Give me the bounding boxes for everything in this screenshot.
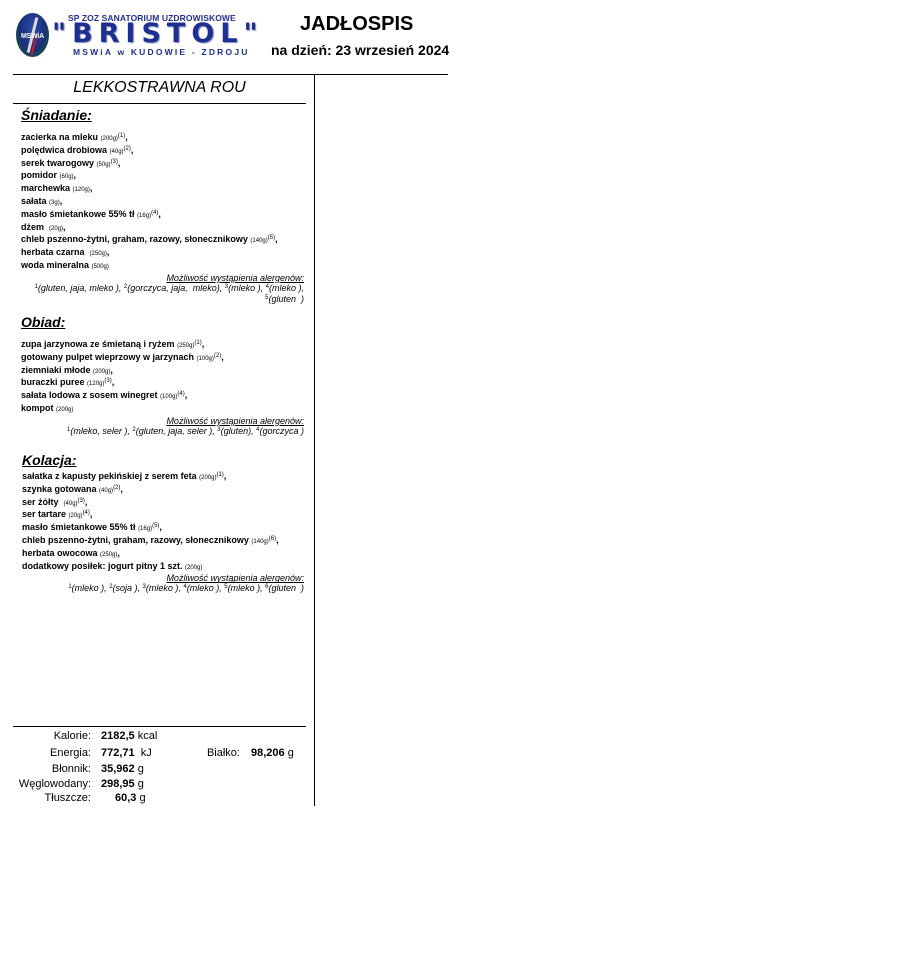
menu-item: sałatka z kapusty pekińskiej z serem fet… bbox=[22, 471, 304, 484]
menu-item-portion: (16g) bbox=[138, 526, 152, 532]
menu-item-portion: (200g) bbox=[93, 369, 110, 375]
allergen-text: (gluten), bbox=[221, 426, 257, 436]
menu-item-portion: (20g) bbox=[49, 226, 63, 232]
meal-section-lunch: Obiad: zupa jarzynowa ze śmietaną i ryże… bbox=[21, 314, 304, 437]
nutrition-divider bbox=[13, 726, 306, 727]
meal-heading: Śniadanie: bbox=[21, 107, 304, 123]
menu-item: gotowany pulpet wieprzowy w jarzynach (1… bbox=[21, 352, 304, 365]
allergen-ref: (3) bbox=[104, 378, 111, 384]
menu-item: marchewka (120g), bbox=[21, 183, 304, 196]
menu-item-portion: (200g) bbox=[199, 475, 216, 481]
menu-item-name: gotowany pulpet wieprzowy w jarzynach bbox=[21, 352, 194, 362]
fat-label: Tłuszcze: bbox=[11, 792, 91, 804]
protein-value: 98,206 g bbox=[251, 747, 294, 759]
allergen-ref: (5) bbox=[268, 235, 275, 241]
allergen-ref: (6) bbox=[269, 536, 276, 542]
diet-title-divider bbox=[13, 103, 306, 104]
allergen-caption: Możliwość wystąpienia alergenów: bbox=[21, 273, 304, 283]
meal-items: zacierka na mleku (200g)(1),polędwica dr… bbox=[21, 132, 304, 273]
meal-heading: Kolacja: bbox=[22, 452, 304, 468]
menu-item-name: sałata bbox=[21, 196, 47, 206]
menu-item-name: ser tartare bbox=[22, 509, 66, 519]
calories-value: 2182,5 kcal bbox=[101, 730, 157, 742]
carbs-label: Węglowodany: bbox=[11, 778, 91, 790]
menu-item: herbata owocowa (250g), bbox=[22, 548, 304, 561]
allergen-text: (mleko ), bbox=[72, 583, 110, 593]
allergen-text: (gorczyca, jaja, mleko), bbox=[127, 283, 225, 293]
menu-item: ziemniaki młode (200g), bbox=[21, 365, 304, 378]
meal-section-dinner: Kolacja: sałatka z kapusty pekińskiej z … bbox=[22, 452, 304, 594]
menu-item: polędwica drobiowa (40g)(2), bbox=[21, 145, 304, 158]
column-divider bbox=[314, 75, 315, 806]
menu-item-name: szynka gotowana bbox=[22, 484, 97, 494]
menu-item: kompot (200g) bbox=[21, 403, 304, 416]
menu-item-name: dodatkowy posiłek: jogurt pitny 1 szt. bbox=[22, 561, 183, 571]
menu-item-name: ser żółty bbox=[22, 497, 61, 507]
menu-item-portion: (40g) bbox=[110, 149, 124, 155]
org-brand: "BRISTOL" bbox=[52, 18, 277, 49]
allergen-text: (mleko ), bbox=[269, 283, 307, 293]
fiber-value: 35,962 g bbox=[101, 763, 144, 775]
menu-item-portion: (100g) bbox=[197, 356, 214, 362]
fiber-label: Błonnik: bbox=[11, 763, 91, 775]
menu-item-portion: (100g) bbox=[160, 394, 177, 400]
menu-item-portion: (60g) bbox=[60, 174, 74, 180]
protein-label: Białko: bbox=[160, 747, 240, 759]
allergen-text: (gluten, jaja, seler ), bbox=[136, 426, 218, 436]
menu-item-portion: (200g) bbox=[185, 565, 202, 571]
menu-item-portion: (40g) bbox=[99, 488, 113, 494]
menu-item-portion: (50g) bbox=[97, 162, 111, 168]
allergen-text: (gluten ) bbox=[268, 583, 304, 593]
allergen-text: (mleko ), bbox=[228, 583, 266, 593]
menu-item-name: chleb pszenno-żytni, graham, razowy, sło… bbox=[22, 535, 249, 545]
meal-heading: Obiad: bbox=[21, 314, 304, 330]
energy-label: Energia: bbox=[11, 747, 91, 759]
header-divider bbox=[13, 74, 448, 75]
menu-item: masło śmietankowe 55% tł (16g)(4), bbox=[21, 209, 304, 222]
allergen-caption: Możliwość wystąpienia alergenów: bbox=[22, 573, 304, 583]
menu-item-name: kompot bbox=[21, 403, 54, 413]
allergen-text: (gorczyca ) bbox=[259, 426, 304, 436]
meal-items: sałatka z kapusty pekińskiej z serem fet… bbox=[22, 471, 304, 573]
menu-item-name: buraczki puree bbox=[21, 377, 85, 387]
menu-item-name: zupa jarzynowa ze śmietaną i ryżem bbox=[21, 339, 175, 349]
allergen-ref: (3) bbox=[78, 498, 85, 504]
menu-item-name: dżem bbox=[21, 222, 47, 232]
menu-item-portion: (40g) bbox=[64, 501, 78, 507]
allergen-text: (soja ), bbox=[113, 583, 143, 593]
carbs-value: 298,95 g bbox=[101, 778, 144, 790]
menu-item-portion: (250g) bbox=[90, 251, 107, 257]
allergen-ref: (1) bbox=[118, 133, 125, 139]
menu-item-portion: (140g) bbox=[250, 238, 267, 244]
allergen-text: (gluten ) bbox=[268, 294, 304, 304]
meal-section-breakfast: Śniadanie: zacierka na mleku (200g)(1),p… bbox=[21, 107, 304, 305]
menu-item: ser tartare (20g)(4), bbox=[22, 509, 304, 522]
allergen-text: (mleko ), bbox=[146, 583, 184, 593]
sanatorium-logo-icon: MSWiA bbox=[16, 13, 49, 57]
menu-item: sałata (3g), bbox=[21, 196, 304, 209]
menu-item-portion: (140g) bbox=[251, 539, 268, 545]
menu-item-portion: (250g) bbox=[100, 552, 117, 558]
menu-item-name: pomidor bbox=[21, 170, 57, 180]
menu-item-portion: (3g) bbox=[49, 200, 60, 206]
allergen-ref: (1) bbox=[216, 472, 223, 478]
menu-item-name: sałata lodowa z sosem winegret bbox=[21, 390, 158, 400]
allergen-list: 1(gluten, jaja, mleko ), 2(gorczyca, jaj… bbox=[21, 283, 304, 305]
menu-item: pomidor (60g), bbox=[21, 170, 304, 183]
menu-item-name: zacierka na mleku bbox=[21, 132, 98, 142]
menu-item: chleb pszenno-żytni, graham, razowy, sło… bbox=[22, 535, 304, 548]
allergen-ref: (2) bbox=[214, 353, 221, 359]
menu-item: herbata czarna (250g), bbox=[21, 247, 304, 260]
menu-item-name: woda mineralna bbox=[21, 260, 89, 270]
allergen-ref: (1) bbox=[194, 340, 201, 346]
allergen-ref: (2) bbox=[124, 146, 131, 152]
menu-item-portion: (200g) bbox=[101, 136, 118, 142]
allergen-text: (gluten, jaja, mleko ), bbox=[38, 283, 124, 293]
allergen-ref: (4) bbox=[151, 210, 158, 216]
menu-item-name: polędwica drobiowa bbox=[21, 145, 107, 155]
menu-item: sałata lodowa z sosem winegret (100g)(4)… bbox=[21, 390, 304, 403]
page-title: JADŁOSPIS bbox=[300, 13, 413, 36]
menu-item: chleb pszenno-żytni, graham, razowy, sło… bbox=[21, 234, 304, 247]
menu-item: zacierka na mleku (200g)(1), bbox=[21, 132, 304, 145]
menu-item: zupa jarzynowa ze śmietaną i ryżem (250g… bbox=[21, 339, 304, 352]
allergen-caption: Możliwość wystąpienia alergenów: bbox=[21, 416, 304, 426]
menu-item-name: ziemniaki młode bbox=[21, 365, 91, 375]
diet-name: LEKKOSTRAWNA ROU bbox=[13, 79, 306, 97]
menu-item: ser żółty (40g)(3), bbox=[22, 497, 304, 510]
menu-item-portion: (250g) bbox=[177, 343, 194, 349]
allergen-text: (mleko ), bbox=[228, 283, 266, 293]
calories-label: Kalorie: bbox=[11, 730, 91, 742]
menu-item-portion: (500g) bbox=[92, 264, 109, 270]
meal-items: zupa jarzynowa ze śmietaną i ryżem (250g… bbox=[21, 339, 304, 416]
allergen-list: 1(mleko ), 2(soja ), 3(mleko ), 4(mleko … bbox=[22, 583, 304, 594]
menu-item-name: serek twarogowy bbox=[21, 158, 94, 168]
allergen-ref: (2) bbox=[113, 485, 120, 491]
menu-item-name: chleb pszenno-żytni, graham, razowy, sło… bbox=[21, 234, 248, 244]
menu-item: woda mineralna (500g) bbox=[21, 260, 304, 273]
allergen-text: (mleko, seler ), bbox=[70, 426, 132, 436]
fat-value: 60,3 g bbox=[115, 792, 146, 804]
menu-item-name: marchewka bbox=[21, 183, 70, 193]
menu-item-name: sałatka z kapusty pekińskiej z serem fet… bbox=[22, 471, 197, 481]
allergen-ref: (5) bbox=[152, 523, 159, 529]
org-name-bottom: MSWiA w KUDOWIE - ZDROJU bbox=[73, 47, 273, 57]
allergen-ref: (3) bbox=[111, 159, 118, 165]
energy-value: 772,71 kJ bbox=[101, 747, 152, 759]
allergen-ref: (4) bbox=[177, 391, 184, 397]
menu-date: na dzień: 23 wrzesień 2024 bbox=[271, 42, 449, 58]
menu-item-portion: (120g) bbox=[73, 187, 90, 193]
logo-text: MSWiA bbox=[16, 33, 49, 40]
allergen-text: (mleko ), bbox=[187, 583, 225, 593]
menu-item-portion: (20g) bbox=[69, 513, 83, 519]
menu-item: dżem (20g), bbox=[21, 222, 304, 235]
allergen-list: 1(mleko, seler ), 2(gluten, jaja, seler … bbox=[21, 426, 304, 437]
menu-item-name: masło śmietankowe 55% tł bbox=[21, 209, 135, 219]
menu-item: masło śmietankowe 55% tł (16g)(5), bbox=[22, 522, 304, 535]
allergen-ref: (4) bbox=[83, 510, 90, 516]
menu-item: serek twarogowy (50g)(3), bbox=[21, 158, 304, 171]
menu-item-portion: (200g) bbox=[56, 407, 73, 413]
menu-item-name: herbata owocowa bbox=[22, 548, 98, 558]
menu-item-name: herbata czarna bbox=[21, 247, 87, 257]
menu-item-name: masło śmietankowe 55% tł bbox=[22, 522, 136, 532]
menu-item-portion: (120g) bbox=[87, 381, 104, 387]
menu-item: dodatkowy posiłek: jogurt pitny 1 szt. (… bbox=[22, 561, 304, 574]
menu-item: buraczki puree (120g)(3), bbox=[21, 377, 304, 390]
menu-item-portion: (16g) bbox=[137, 213, 151, 219]
menu-item: szynka gotowana (40g)(2), bbox=[22, 484, 304, 497]
